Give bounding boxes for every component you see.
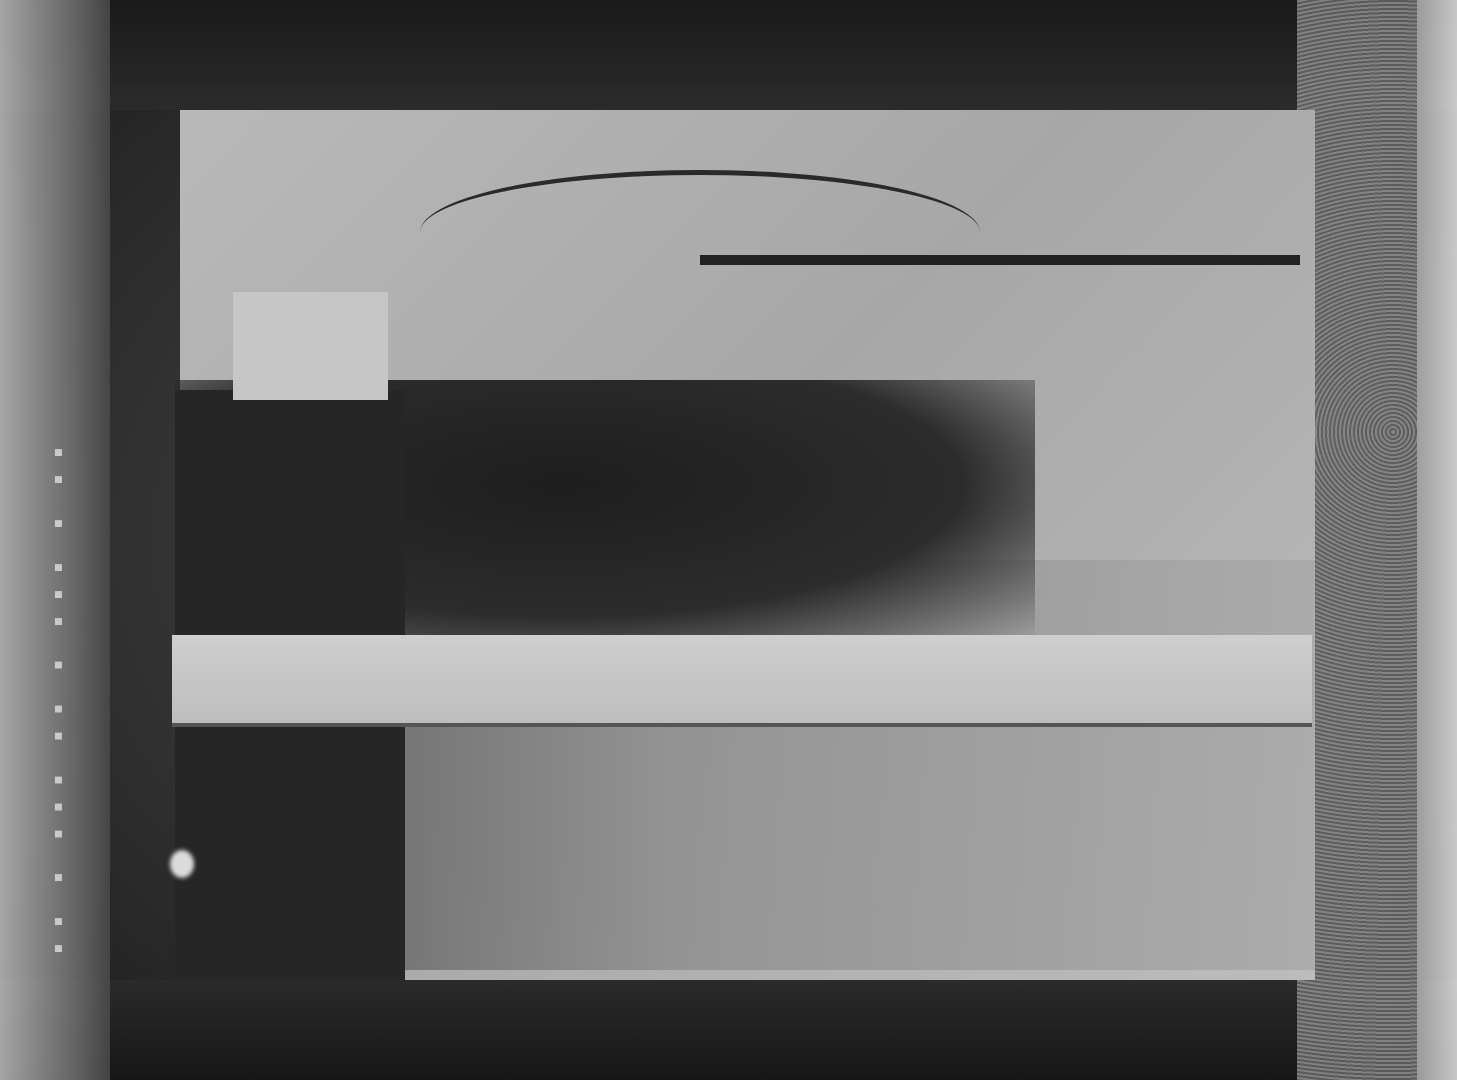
edge-markings: ▪▪ ▪ ▪▪▪ ▪▪ ▪ ▪▪▪ ▪ ▪▪ xyxy=(48,240,68,960)
light-block xyxy=(233,292,388,400)
film-border-top xyxy=(0,0,1457,110)
ledge-line xyxy=(700,255,1300,265)
emulsion-reticulation xyxy=(1297,0,1457,1080)
arch-edge xyxy=(420,170,980,295)
film-border-bottom xyxy=(0,980,1457,1080)
horizontal-beam xyxy=(172,635,1312,723)
light-spot xyxy=(170,850,194,878)
